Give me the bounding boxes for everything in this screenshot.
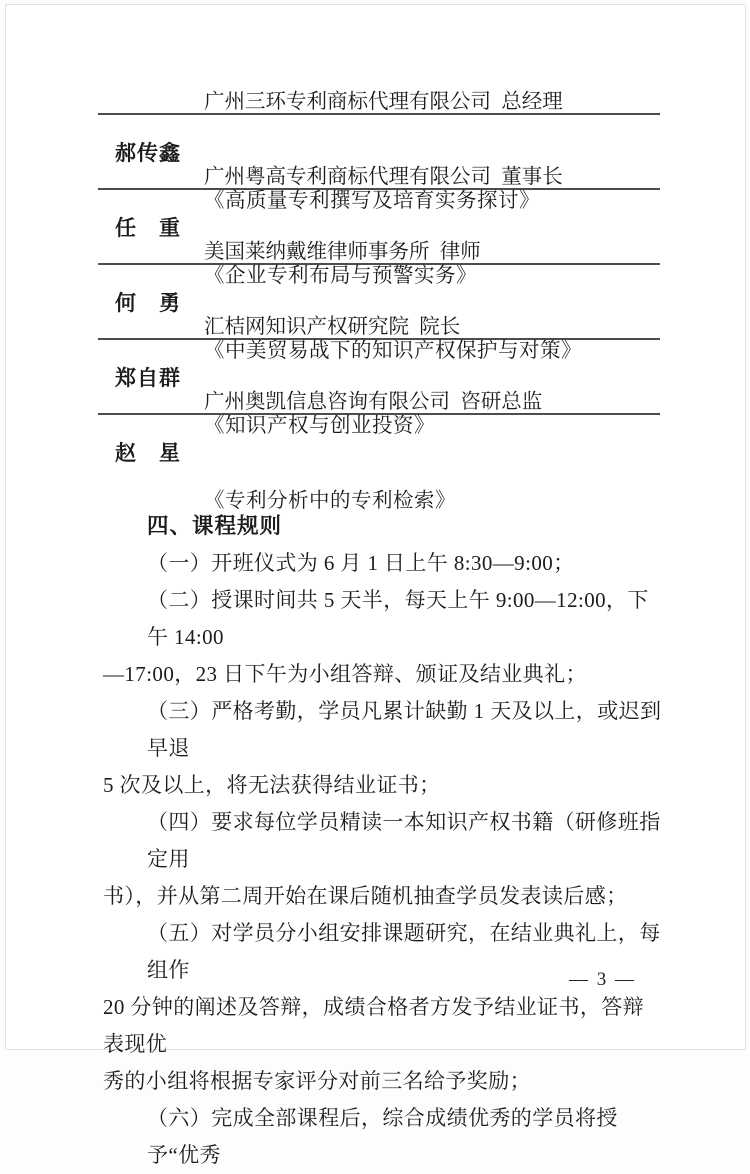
rule-line: —17:00，23 日下午为小组答辩、颁证及结业典礼； [103, 656, 663, 693]
rule-line: （一）开班仪式为 6 月 1 日上午 8:30—9:00； [103, 545, 663, 582]
lecturer-name: 郑自群 [98, 362, 204, 392]
page-number: — 3 — [569, 969, 636, 991]
rule-line: （四）要求每位学员精读一本知识产权书籍（研修班指定用 [103, 804, 663, 878]
rule-line: （三）严格考勤，学员凡累计缺勤 1 天及以上，或迟到早退 [103, 693, 663, 767]
lecturer-affiliation: 广州奥凯信息咨询有限公司 咨研总监 [204, 386, 660, 419]
table-row: 赵 星 广州奥凯信息咨询有限公司 咨研总监 《专利分析中的专利检索》 [98, 413, 660, 488]
lecturer-name: 郝传鑫 [98, 137, 204, 167]
rule-line: （二）授课时间共 5 天半，每天上午 9:00—12:00，下午 14:00 [103, 582, 663, 656]
rule-line: 书），并从第二周开始在课后随机抽查学员发表读后感； [103, 878, 663, 915]
section-heading: 四、课程规则 [103, 508, 663, 545]
rule-line: 5 次及以上，将无法获得结业证书； [103, 767, 663, 804]
lecturer-name: 赵 星 [98, 437, 204, 467]
document-page: 郝传鑫 广州三环专利商标代理有限公司 总经理 《高质量专利撰写及培育实务探讨》 … [5, 4, 746, 1050]
lecturer-name: 何 勇 [98, 287, 204, 317]
lecturer-name: 任 重 [98, 212, 204, 242]
rule-line: 20 分钟的阐述及答辩，成绩合格者方发予结业证书，答辩表现优 [103, 989, 663, 1056]
lecturer-table: 郝传鑫 广州三环专利商标代理有限公司 总经理 《高质量专利撰写及培育实务探讨》 … [98, 113, 660, 488]
